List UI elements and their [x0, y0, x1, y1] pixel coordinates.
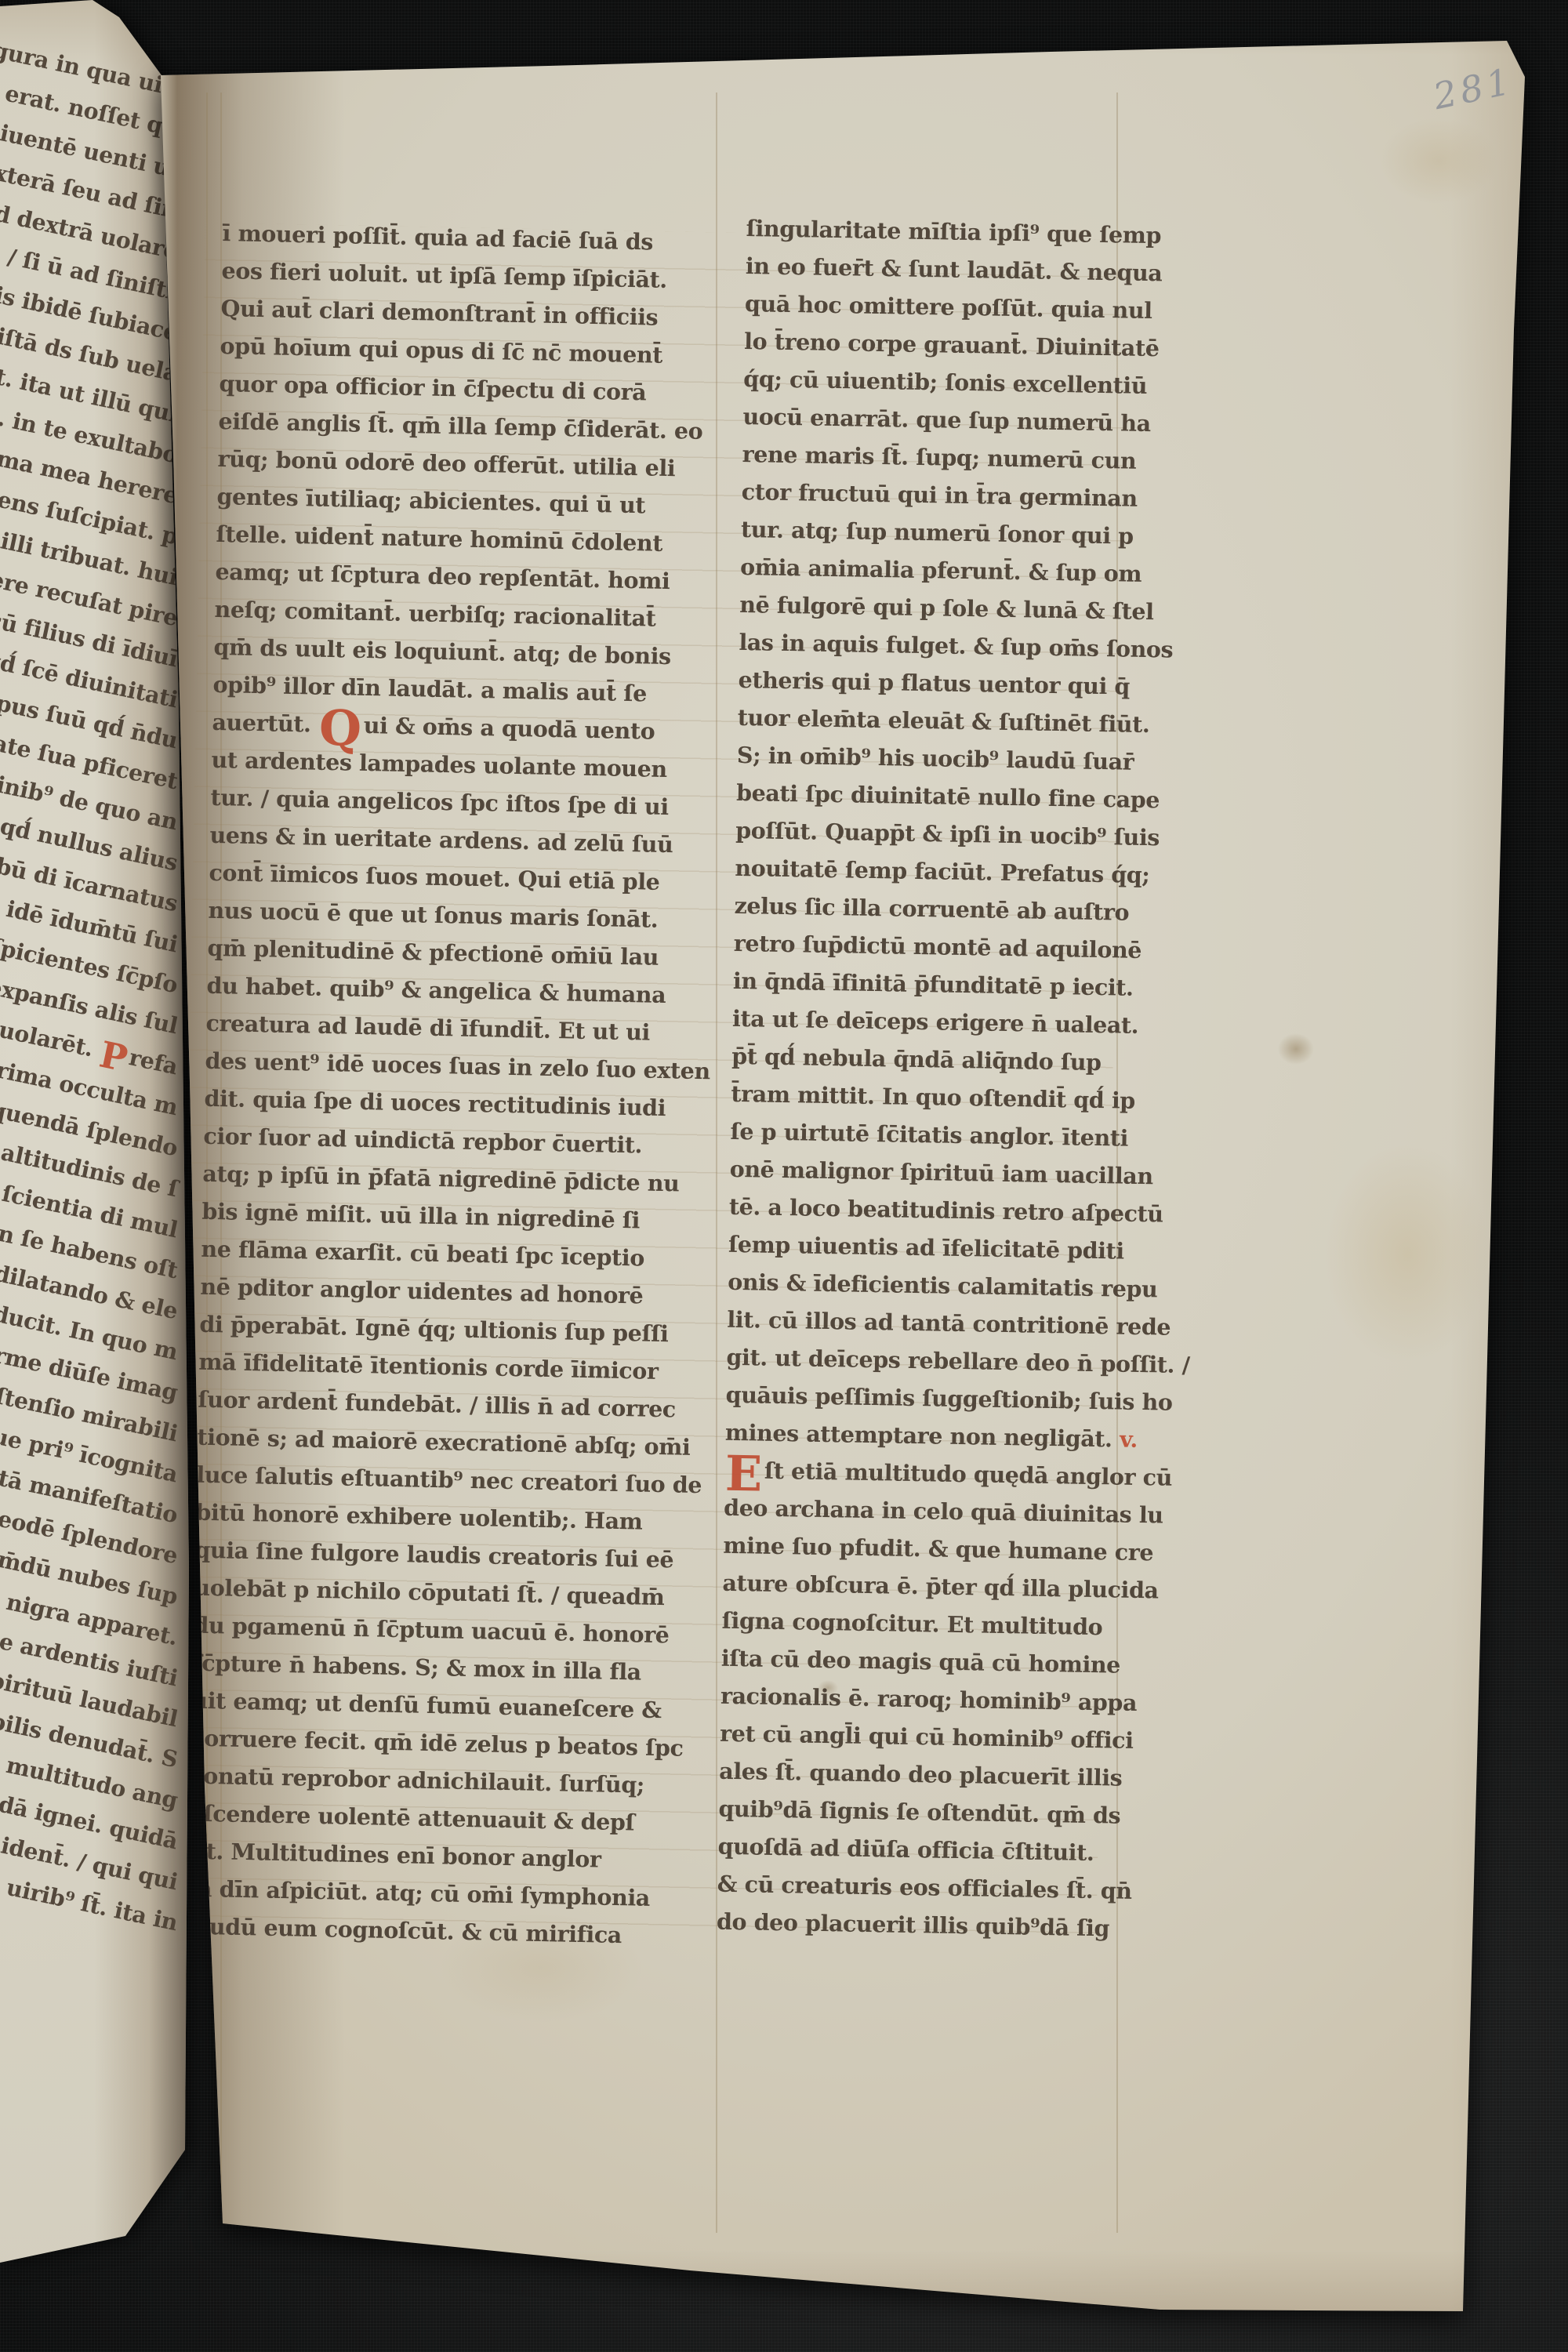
page-wrap: 281 ī moueri poſſit̄. quia ad faciē ſuā … — [0, 0, 1568, 2352]
parchment-stain — [1278, 1033, 1314, 1065]
text-run: quoſdā ad diūſa officia c̄ſtituit. — [717, 1833, 1094, 1866]
text-run: p̄t̄ qd́ nebula q̄ndā aliq̄ndo ſup — [731, 1043, 1102, 1076]
rubric-mark: v. — [1120, 1426, 1138, 1453]
text-run: ī moueri poſſit̄. quia ad faciē ſuā ds — [222, 220, 653, 256]
manuscript-page: 281 ī moueri poſſit̄. quia ad faciē ſuā … — [0, 0, 1568, 2352]
text-column-left: ī moueri poſſit̄. quia ad faciē ſuā dseo… — [187, 220, 731, 1961]
folio-number: 281 — [1430, 60, 1518, 118]
text-run: ſigna cognoſcitur. Et multitudo — [721, 1607, 1102, 1640]
parchment-stain — [1325, 1145, 1490, 1364]
parchment-stain — [1380, 118, 1497, 204]
text-run: ui & om̄s a quodā uento — [363, 712, 655, 745]
manuscript-photo: at qd́ figura in qua uid& ſcientia erat.… — [0, 0, 1568, 2352]
text-column-right: ſingularitate mīſtia ipſi⁹ que ſempin eo… — [716, 215, 1257, 1955]
text-run: auertūt. — [212, 709, 318, 738]
text-run: ſingularitate mīſtia ipſi⁹ que ſemp — [746, 215, 1161, 249]
